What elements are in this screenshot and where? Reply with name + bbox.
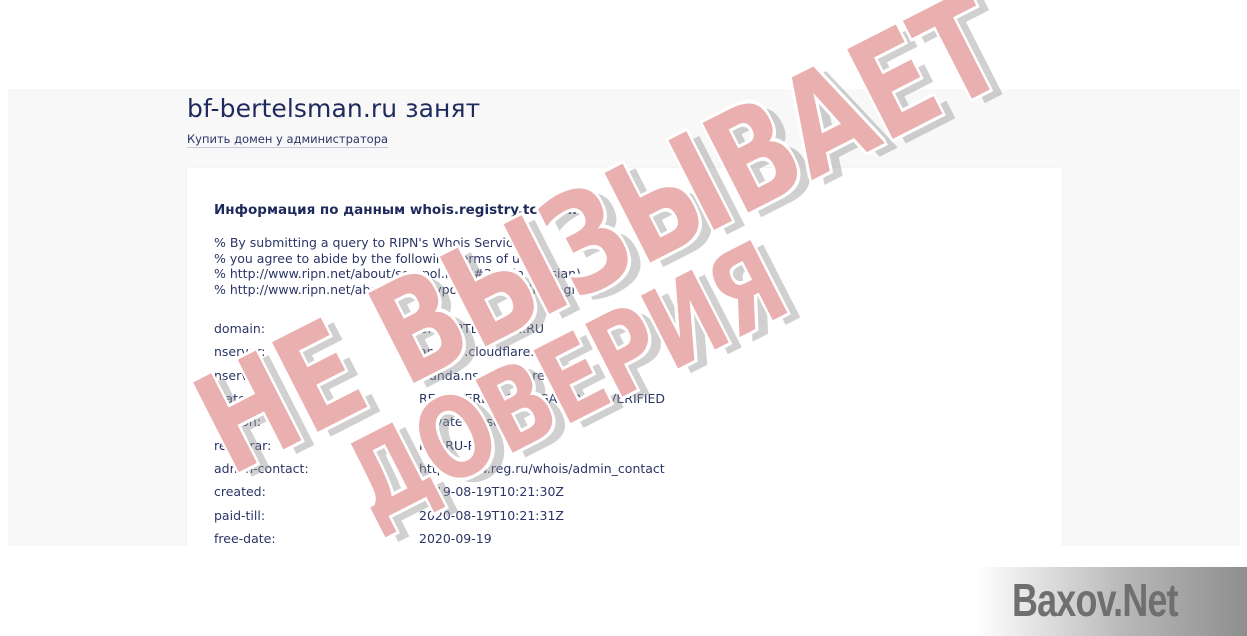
whois-row: paid-till:2020-08-19T10:21:31Z	[214, 503, 665, 526]
whois-row: person:Private Person	[214, 410, 665, 433]
record-key: admin-contact:	[214, 457, 419, 480]
record-value: 2020-08-19T10:21:31Z	[419, 503, 665, 526]
terms-line: % By submitting a query to RIPN's Whois …	[214, 235, 602, 251]
whois-records: domain:BF-BERTELSMAN.RU nserver:anuj.ns.…	[214, 317, 665, 546]
whois-row: free-date:2020-09-19	[214, 527, 665, 546]
whois-row: nserver:wanda.ns.cloudflare.com.	[214, 364, 665, 387]
whois-source-heading: Информация по данным whois.registry.tcin…	[214, 202, 589, 218]
record-key: registrar:	[214, 433, 419, 456]
buy-domain-link[interactable]: Купить домен у администратора	[187, 132, 388, 148]
record-key: paid-till:	[214, 503, 419, 526]
page-title: bf-bertelsman.ru занят	[187, 94, 480, 123]
record-value: wanda.ns.cloudflare.com.	[419, 364, 665, 387]
site-logo: Baxov.Net	[1012, 573, 1178, 627]
record-value: REGISTERED, DELEGATED, UNVERIFIED	[419, 387, 665, 410]
terms-line: % http://www.ripn.net/about/servpol.html…	[214, 266, 602, 282]
record-key: created:	[214, 480, 419, 503]
record-value: Private Person	[419, 410, 665, 433]
record-key: free-date:	[214, 527, 419, 546]
record-key: nserver:	[214, 340, 419, 363]
record-key: person:	[214, 410, 419, 433]
record-key: nserver:	[214, 364, 419, 387]
record-value: anuj.ns.cloudflare.com.	[419, 340, 665, 363]
whois-row: nserver:anuj.ns.cloudflare.com.	[214, 340, 665, 363]
whois-card: Информация по данным whois.registry.tcin…	[187, 168, 1062, 546]
record-value: BF-BERTELSMAN.RU	[419, 317, 665, 340]
whois-row: created:2019-08-19T10:21:30Z	[214, 480, 665, 503]
record-value: 2020-09-19	[419, 527, 665, 546]
record-key: domain:	[214, 317, 419, 340]
record-key: state:	[214, 387, 419, 410]
whois-row: registrar:REGRU-RU	[214, 433, 665, 456]
whois-terms: % By submitting a query to RIPN's Whois …	[214, 235, 602, 297]
whois-row: admin-contact:http://www.reg.ru/whois/ad…	[214, 457, 665, 480]
whois-row: domain:BF-BERTELSMAN.RU	[214, 317, 665, 340]
record-value: 2019-08-19T10:21:30Z	[419, 480, 665, 503]
terms-line: % you agree to abide by the following te…	[214, 251, 602, 267]
record-value: http://www.reg.ru/whois/admin_contact	[419, 457, 665, 480]
page-content: bf-bertelsman.ru занят Купить домен у ад…	[8, 89, 1240, 546]
record-value: REGRU-RU	[419, 433, 665, 456]
terms-line: % http://www.ripn.net/about/en/servpol.h…	[214, 282, 602, 298]
whois-row: state:REGISTERED, DELEGATED, UNVERIFIED	[214, 387, 665, 410]
